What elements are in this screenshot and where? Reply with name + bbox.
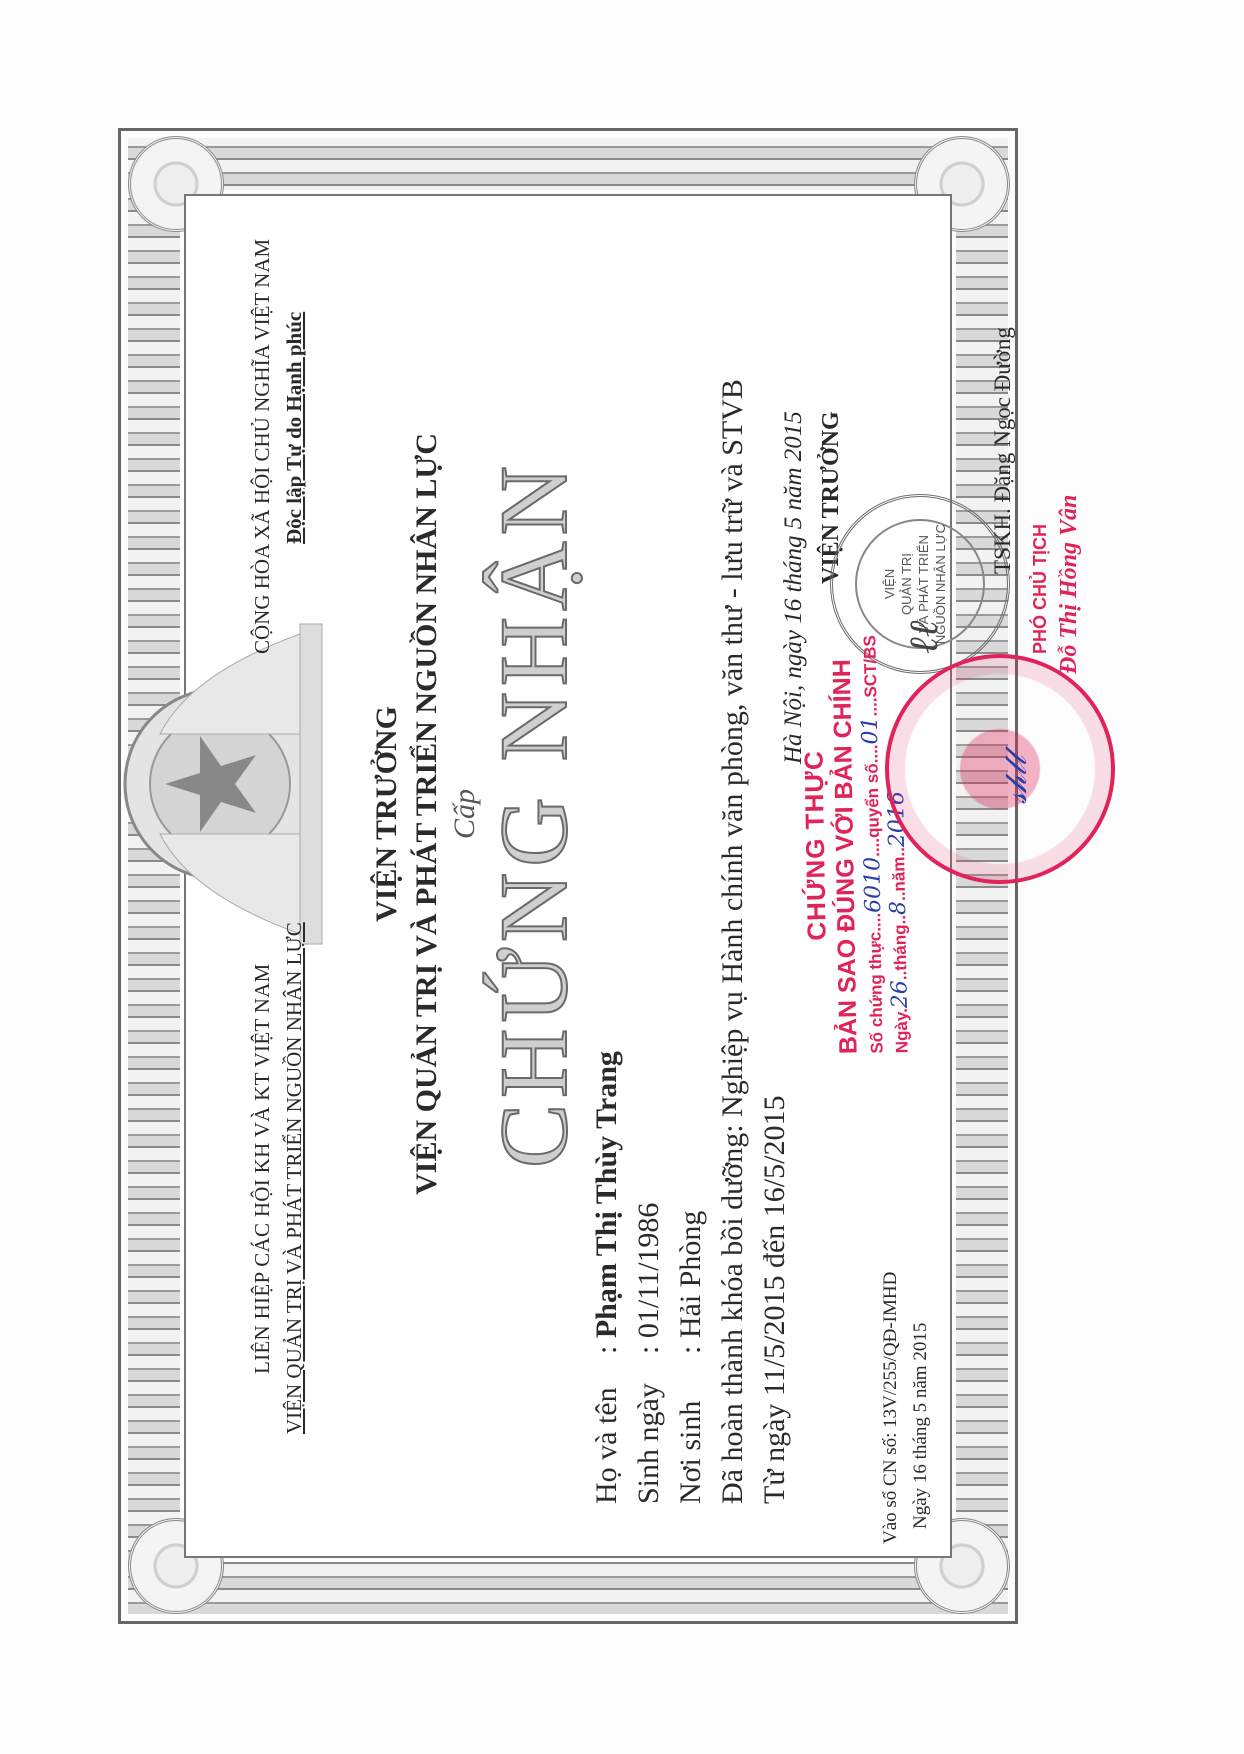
- certificate: LIÊN HIỆP CÁC HỘI KH VÀ KT VIỆT NAM VIỆN…: [0, 0, 1244, 1754]
- field-value: 01/11/1986: [632, 1203, 665, 1339]
- registration-date: Ngày 16 tháng 5 năm 2015: [910, 1323, 932, 1529]
- certificate-title: CHỨNG NHẬN: [478, 274, 589, 1354]
- handwritten-book: 01: [858, 716, 883, 744]
- stamp-label: Ngày: [892, 1013, 912, 1054]
- issuer-role: VIỆN TRƯỞNG: [370, 514, 404, 1114]
- field-label: Họ và tên: [590, 1354, 624, 1504]
- official-signature: 𝓈𝒽𝓁𝓁: [1000, 756, 1034, 804]
- issuer-institute: VIỆN QUẢN TRỊ VÀ PHÁT TRIỂN NGUỒN NHÂN L…: [410, 274, 444, 1354]
- stamp-label: Số chứng thực: [866, 932, 887, 1054]
- national-emblem-icon: [50, 614, 330, 954]
- stamp-label: năm: [889, 856, 909, 891]
- handwritten-month: 8: [886, 901, 911, 915]
- official-title: PHÓ CHỦ TỊCH: [1030, 524, 1051, 654]
- handwritten-day: 26: [887, 980, 912, 1008]
- registration-number: Vào sổ CN số: 13V/255/QĐ-IMHD: [880, 1272, 902, 1544]
- stamp-label: quyển số: [863, 763, 883, 838]
- nation-line-1: CỘNG HÒA XÃ HỘI CHỦ NGHĨA VIỆT NAM: [250, 239, 275, 654]
- field-value: Phạm Thị Thùy Trang: [590, 1051, 623, 1338]
- course-line: Đã hoàn thành khóa bồi dưỡng: Nghiệp vụ …: [716, 379, 750, 1504]
- signer-name: TSKH. Đặng Ngọc Đường: [990, 327, 1016, 574]
- stamp-suffix: SCT/BS: [860, 635, 880, 698]
- field-birthdate: Sinh ngày: 01/11/1986: [632, 1203, 666, 1504]
- official-name: Đỗ Thị Hồng Vân: [1056, 495, 1083, 674]
- issue-verb: Cấp: [448, 514, 482, 1114]
- certification-stamp: CHỨNG THỰC BẢN SAO ĐÚNG VỚI BẢN CHÍNH Số…: [796, 635, 913, 1055]
- stamp-label: tháng: [890, 924, 910, 971]
- field-label: Nơi sinh: [674, 1354, 708, 1504]
- nation-motto: Độc lập Tự do Hạnh phúc: [282, 312, 307, 544]
- field-value: Hải Phòng: [674, 1211, 707, 1339]
- org-line-2: VIỆN QUẢN TRỊ VÀ PHÁT TRIỂN NGUỒN NHÂN L…: [282, 922, 307, 1434]
- field-name: Họ và tên: Phạm Thị Thùy Trang: [590, 1051, 624, 1504]
- org-line-1: LIÊN HIỆP CÁC HỘI KH VÀ KT VIỆT NAM: [250, 963, 275, 1374]
- handwritten-number: 6010: [860, 857, 886, 913]
- field-label: Sinh ngày: [632, 1354, 666, 1504]
- director-signature: ℓℓ: [900, 621, 947, 654]
- period-line: Từ ngày 11/5/2015 đến 16/5/2015: [758, 1096, 792, 1504]
- field-birthplace: Nơi sinh: Hải Phòng: [674, 1211, 708, 1504]
